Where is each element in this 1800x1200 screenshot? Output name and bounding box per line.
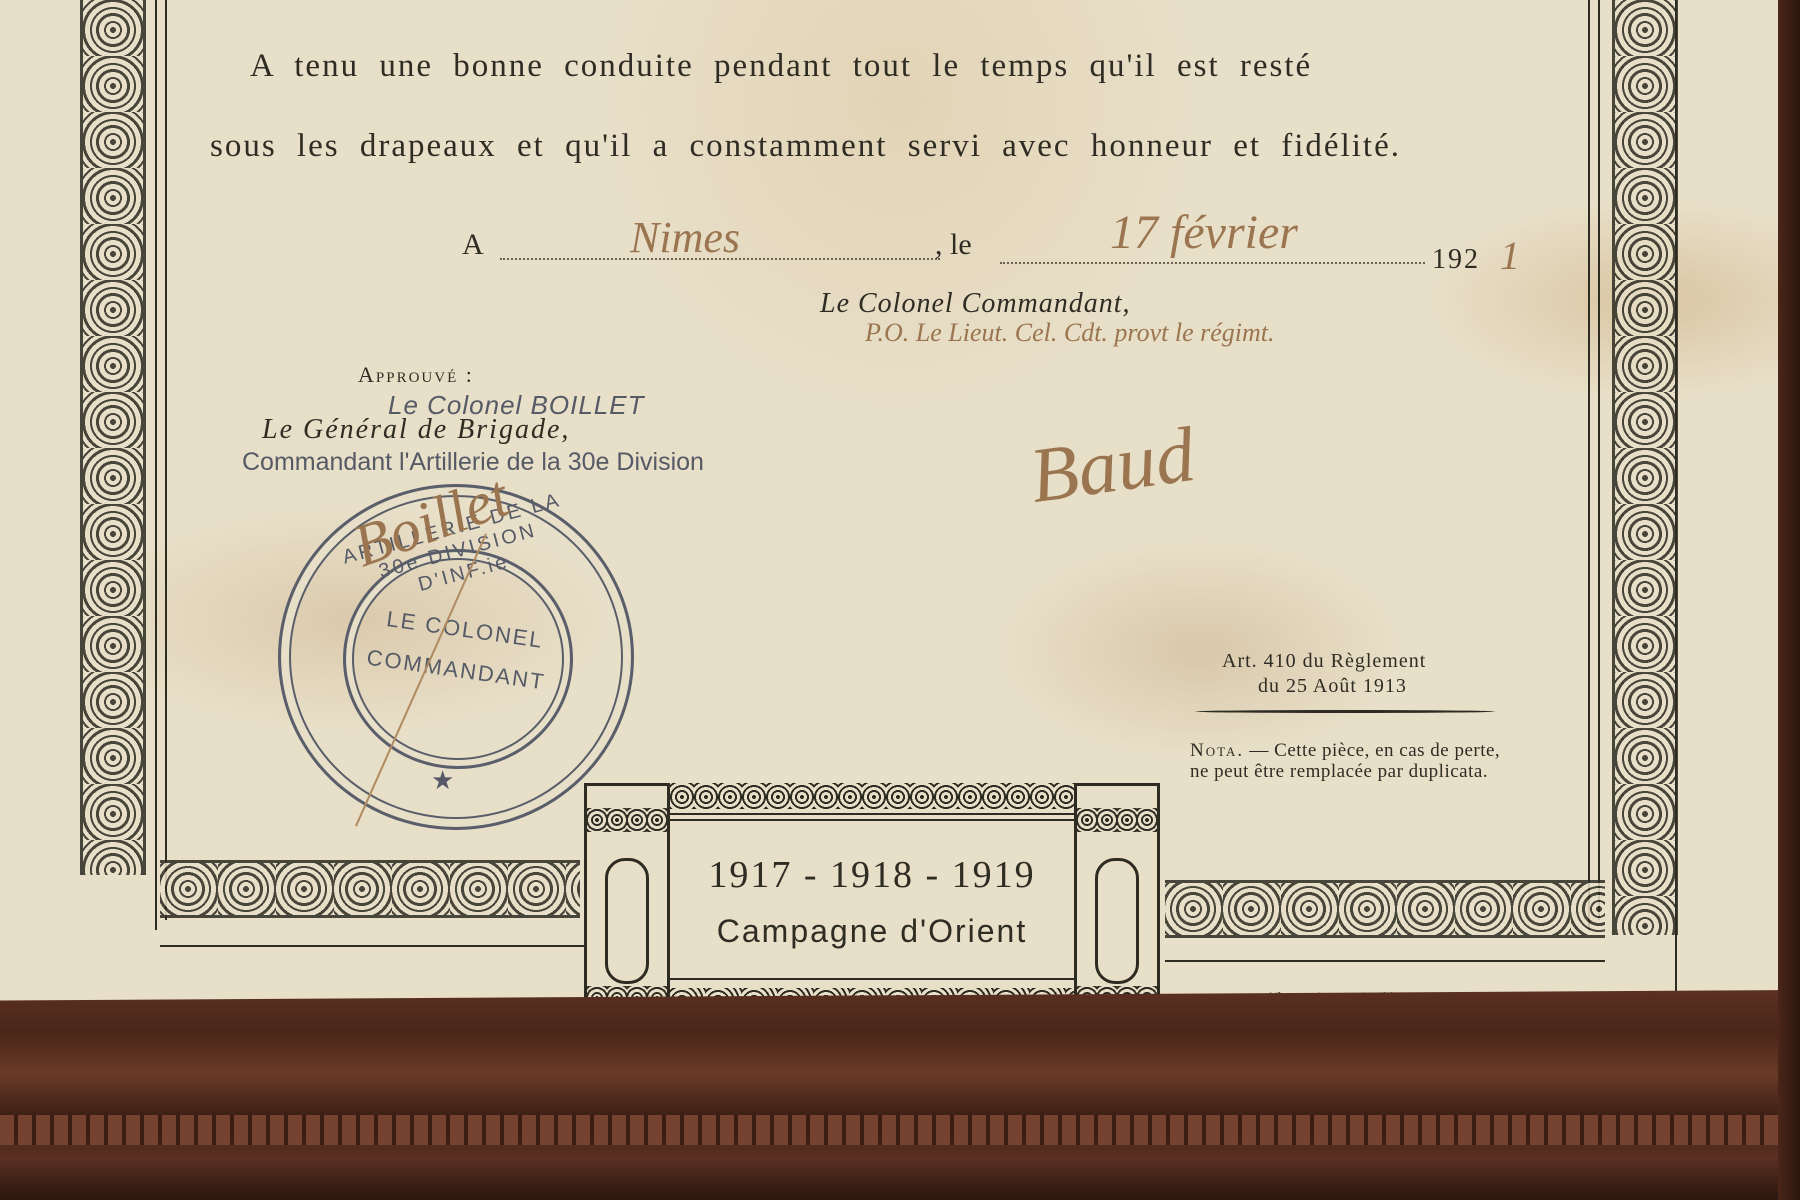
date-handwritten: 17 février	[1110, 205, 1298, 260]
border-rule-left-inner	[165, 0, 167, 920]
floral-border-right	[1612, 0, 1678, 935]
signatory-title: Le Colonel Commandant,	[820, 288, 1131, 320]
signatory-handwritten: P.O. Le Lieut. Cel. Cdt. provt le régimt…	[865, 318, 1275, 348]
date-label: , le	[935, 228, 972, 262]
cartouche-pillar-left	[584, 783, 670, 1034]
stamp-star-icon: ★	[431, 765, 454, 796]
border-rule-bottom-right	[1165, 960, 1605, 962]
regulation-line-2: du 25 Août 1913	[1258, 675, 1407, 698]
cartouche-top-rule-2	[670, 819, 1074, 821]
pillar-oval	[605, 858, 649, 984]
campaign-years: 1917 - 1918 - 1919	[684, 853, 1060, 897]
wooden-frame-right	[1778, 0, 1800, 1200]
campaign-cartouche: 1917 - 1918 - 1919 Campagne d'Orient	[584, 783, 1160, 1028]
body-line-1: A tenu une bonne conduite pendant tout l…	[250, 48, 1312, 85]
date-dotted-line	[1000, 262, 1425, 264]
regimental-stamp: ARTILLERIE DE LA 30e DIVISION D'INF.ie L…	[278, 484, 634, 830]
approval-printed-title: Le Général de Brigade,	[262, 414, 570, 446]
floral-border-left	[80, 0, 146, 875]
body-line-2: sous les drapeaux et qu'il a constamment…	[210, 128, 1401, 165]
floral-border-bottom-left	[160, 860, 580, 918]
border-rule-right-outermost	[1675, 0, 1677, 1000]
pillar-scroll-top	[587, 808, 667, 832]
year-handwritten: 1	[1500, 232, 1520, 279]
wooden-frame-bottom	[0, 990, 1800, 1200]
frame-bead-molding	[0, 1115, 1800, 1145]
border-rule-right-inner	[1598, 0, 1600, 920]
year-printed: 192	[1432, 244, 1480, 276]
border-rule-left-outer	[155, 0, 157, 930]
place-label: A	[462, 228, 484, 262]
regulation-flourish-rule	[1195, 710, 1495, 713]
nota-block: Nota. — Cette pièce, en cas de perte, ne…	[1190, 740, 1510, 782]
border-rule-bottom-left	[160, 945, 584, 947]
cartouche-top-rule	[670, 813, 1074, 815]
regulation-line-1: Art. 410 du Règlement	[1222, 650, 1426, 673]
place-handwritten: Nimes	[630, 212, 740, 263]
cartouche-bottom-rule	[670, 978, 1074, 980]
campaign-name: Campagne d'Orient	[684, 913, 1060, 950]
nota-label: Nota.	[1190, 740, 1244, 761]
floral-border-bottom-right	[1165, 880, 1605, 938]
border-rule-right-outer	[1588, 0, 1590, 930]
approval-label: Approuvé :	[358, 362, 474, 388]
cartouche-top-frieze	[670, 783, 1074, 809]
pillar-scroll-top	[1077, 808, 1157, 832]
pillar-oval	[1095, 858, 1139, 984]
